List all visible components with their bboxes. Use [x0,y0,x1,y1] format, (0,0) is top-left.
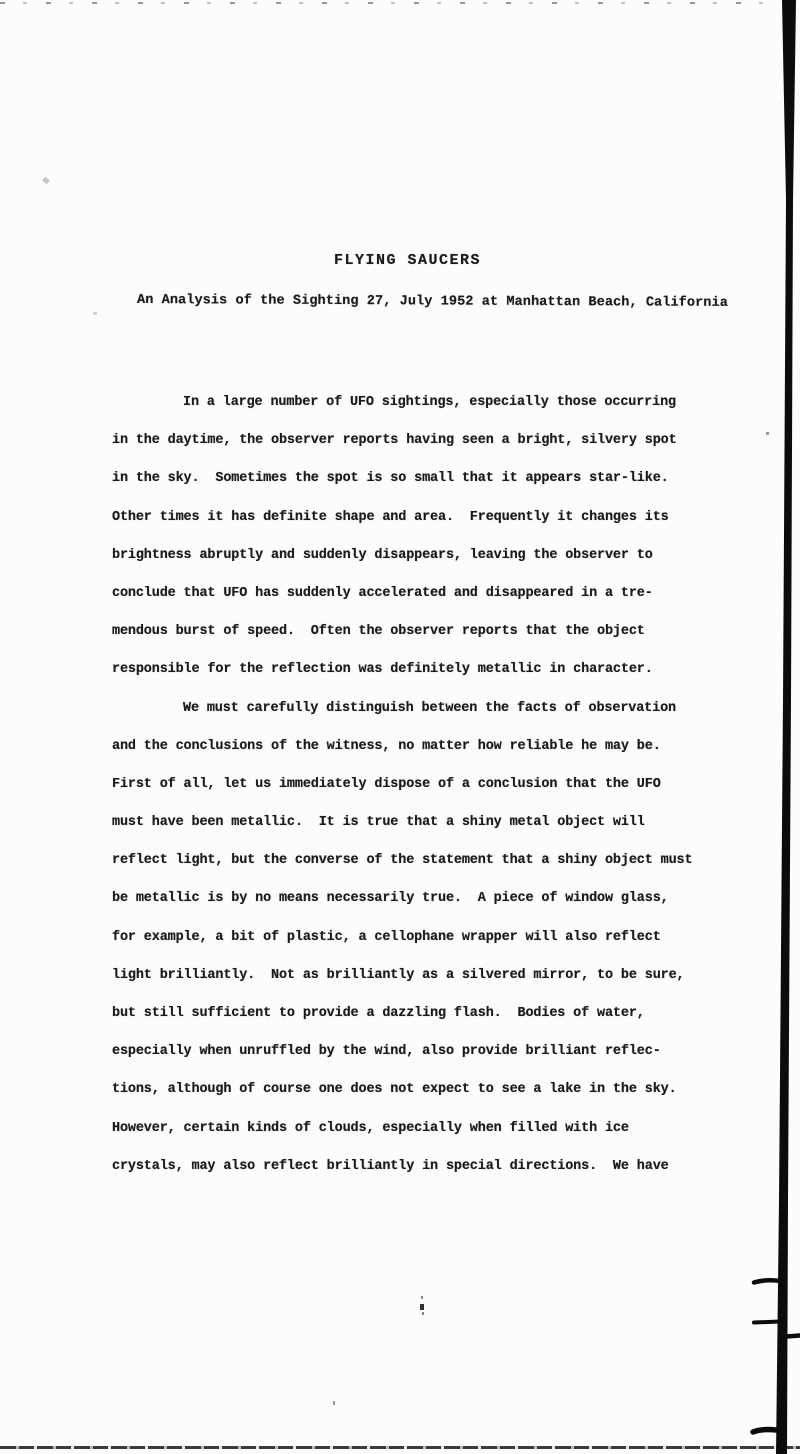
text-line: crystals, may also reflect brilliantly i… [112,1148,712,1186]
text-line: responsible for the reflection was defin… [112,651,712,689]
text-line: light brilliantly. Not as brilliantly as… [112,957,712,995]
ink-smudge [420,1304,424,1310]
text-line: in the daytime, the observer reports hav… [112,422,712,460]
binding-tick-mark [786,1336,800,1337]
page-title: FLYING SAUCERS [334,252,481,269]
document-body: In a large number of UFO sightings, espe… [112,384,712,1186]
text-line: in the sky. Sometimes the spot is so sma… [112,460,712,498]
scan-speck [93,312,97,315]
page-subtitle: An Analysis of the Sighting 27, July 195… [137,293,728,311]
text-line: and the conclusions of the witness, no m… [112,728,712,766]
text-line: brightness abruptly and suddenly disappe… [112,537,712,575]
scan-speck [42,177,50,185]
text-line: be metallic is by no means necessarily t… [112,880,712,918]
scanned-document-page: FLYING SAUCERS An Analysis of the Sighti… [0,0,800,1454]
text-line: but still sufficient to provide a dazzli… [112,995,712,1033]
text-line: especially when unruffled by the wind, a… [112,1033,712,1071]
text-line: tions, although of course one does not e… [112,1071,712,1109]
ink-smudge [421,1296,423,1299]
scan-speck [766,432,769,435]
scan-noise-top-edge [0,2,800,4]
binding-tick-mark [754,1322,780,1323]
binding-tick-mark [754,1280,780,1282]
text-line: conclude that UFO has suddenly accelerat… [112,575,712,613]
text-line: In a large number of UFO sightings, espe… [112,384,712,422]
text-line: mendous burst of speed. Often the observ… [112,613,712,651]
text-line: However, certain kinds of clouds, especi… [112,1110,712,1148]
scan-speck [333,1401,335,1405]
binding-tick-mark [753,1430,780,1432]
scan-noise-bottom-edge [0,1446,800,1449]
text-line: First of all, let us immediately dispose… [112,766,712,804]
paragraph-2: We must carefully distinguish between th… [112,690,712,1186]
text-line: for example, a bit of plastic, a celloph… [112,919,712,957]
text-line: Other times it has definite shape and ar… [112,499,712,537]
text-line: We must carefully distinguish between th… [112,690,712,728]
ink-smudge [422,1312,424,1315]
text-line: must have been metallic. It is true that… [112,804,712,842]
text-line: reflect light, but the converse of the s… [112,842,712,880]
paragraph-1: In a large number of UFO sightings, espe… [112,384,712,690]
